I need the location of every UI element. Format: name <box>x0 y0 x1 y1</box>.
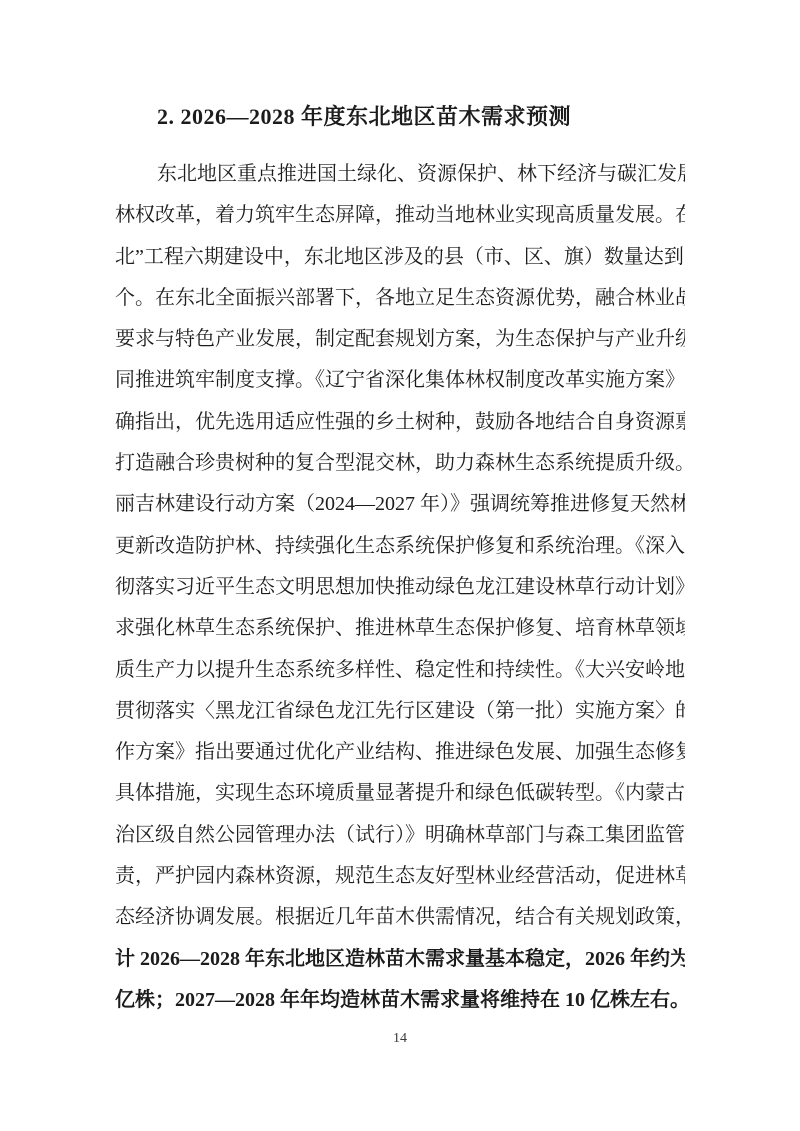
text-segment: 责，严护园内森林资源，规范生态友好型林业经营活动，促进林草生 <box>115 865 685 887</box>
paragraph-line: 同推进筑牢制度支撑。《辽宁省深化集体林权制度改革实施方案》明 <box>115 360 685 401</box>
paragraph-line: 求强化林草生态系统保护、推进林草生态保护修复、培育林草领域新 <box>115 608 685 649</box>
text-segment: 求强化林草生态系统保护、推进林草生态保护修复、培育林草领域新 <box>115 617 685 639</box>
paragraph-line: 确指出，优先选用适应性强的乡土树种，鼓励各地结合自身资源禀赋， <box>115 402 685 443</box>
text-segment: 林权改革，着力筑牢生态屏障，推动当地林业实现高质量发展。在“三 <box>115 204 685 226</box>
paragraph-line: 治区级自然公园管理办法（试行）》明确林草部门与森工集团监管职 <box>115 815 685 856</box>
paragraph-line: 林权改革，着力筑牢生态屏障，推动当地林业实现高质量发展。在“三 <box>115 195 685 236</box>
body-paragraph: 东北地区重点推进国土绿化、资源保护、林下经济与碳汇发展及林权改革，着力筑牢生态屏… <box>115 154 685 1021</box>
paragraph-line: 责，严护园内森林资源，规范生态友好型林业经营活动，促进林草生 <box>115 856 685 897</box>
text-segment: 打造融合珍贵树种的复合型混交林，助力森林生态系统提质升级。《美 <box>115 452 685 474</box>
paragraph-line: 更新改造防护林、持续强化生态系统保护修复和系统治理。《深入贯 <box>115 526 685 567</box>
text-segment: 东北地区重点推进国土绿化、资源保护、林下经济与碳汇发展及 <box>157 163 685 185</box>
text-segment: 确指出，优先选用适应性强的乡土树种，鼓励各地结合自身资源禀赋， <box>115 411 685 433</box>
paragraph-line: 彻落实习近平生态文明思想加快推动绿色龙江建设林草行动计划》要 <box>115 567 685 608</box>
text-segment: 个。在东北全面振兴部署下，各地立足生态资源优势，融合林业战略 <box>115 287 685 309</box>
document-page: 2. 2026—2028 年度东北地区苗木需求预测 东北地区重点推进国土绿化、资… <box>0 0 800 1131</box>
page-content: 2. 2026—2028 年度东北地区苗木需求预测 东北地区重点推进国土绿化、资… <box>115 96 685 1021</box>
text-segment: 更新改造防护林、持续强化生态系统保护修复和系统治理。《深入贯 <box>115 535 685 557</box>
text-segment: 态经济协调发展。根据近几年苗木供需情况，结合有关规划政策， <box>115 906 685 928</box>
text-segment: 要求与特色产业发展，制定配套规划方案，为生态保护与产业升级协 <box>115 328 685 350</box>
text-segment: 贯彻落实〈黑龙江省绿色龙江先行区建设（第一批）实施方案〉的工 <box>115 700 685 722</box>
text-segment: 彻落实习近平生态文明思想加快推动绿色龙江建设林草行动计划》要 <box>115 576 685 598</box>
bold-text-segment: 亿株；2027—2028 年年均造林苗木需求量将维持在 10 亿株左右。 <box>115 989 685 1011</box>
paragraph-line: 东北地区重点推进国土绿化、资源保护、林下经济与碳汇发展及 <box>115 154 685 195</box>
section-heading: 2. 2026—2028 年度东北地区苗木需求预测 <box>115 96 685 137</box>
page-number: 14 <box>0 1031 800 1047</box>
text-segment: 同推进筑牢制度支撑。《辽宁省深化集体林权制度改革实施方案》明 <box>115 369 685 391</box>
paragraph-line: 贯彻落实〈黑龙江省绿色龙江先行区建设（第一批）实施方案〉的工 <box>115 691 685 732</box>
paragraph-line: 具体措施，实现生态环境质量显著提升和绿色低碳转型。《内蒙古自 <box>115 773 685 814</box>
text-segment: 北”工程六期建设中，东北地区涉及的县（市、区、旗）数量达到 203 <box>115 246 685 268</box>
text-segment: 作方案》指出要通过优化产业结构、推进绿色发展、加强生态修复等 <box>115 741 685 763</box>
paragraph-line: 个。在东北全面振兴部署下，各地立足生态资源优势，融合林业战略 <box>115 278 685 319</box>
paragraph-line: 打造融合珍贵树种的复合型混交林，助力森林生态系统提质升级。《美 <box>115 443 685 484</box>
text-segment: 治区级自然公园管理办法（试行）》明确林草部门与森工集团监管职 <box>115 824 685 846</box>
paragraph-line: 计 2026—2028 年东北地区造林苗木需求量基本稳定，2026 年约为 10 <box>115 939 685 980</box>
paragraph-line: 要求与特色产业发展，制定配套规划方案，为生态保护与产业升级协 <box>115 319 685 360</box>
paragraph-line: 态经济协调发展。根据近几年苗木供需情况，结合有关规划政策，预 <box>115 897 685 938</box>
paragraph-line: 质生产力以提升生态系统多样性、稳定性和持续性。《大兴安岭地区 <box>115 650 685 691</box>
text-segment: 具体措施，实现生态环境质量显著提升和绿色低碳转型。《内蒙古自 <box>115 782 685 804</box>
text-segment: 丽吉林建设行动方案（2024—2027 年）》强调统筹推进修复天然林、 <box>115 493 685 515</box>
paragraph-line: 作方案》指出要通过优化产业结构、推进绿色发展、加强生态修复等 <box>115 732 685 773</box>
paragraph-line: 丽吉林建设行动方案（2024—2027 年）》强调统筹推进修复天然林、 <box>115 484 685 525</box>
paragraph-line: 北”工程六期建设中，东北地区涉及的县（市、区、旗）数量达到 203 <box>115 237 685 278</box>
text-segment: 质生产力以提升生态系统多样性、稳定性和持续性。《大兴安岭地区 <box>115 659 685 681</box>
bold-text-segment: 计 2026—2028 年东北地区造林苗木需求量基本稳定，2026 年约为 10 <box>115 948 685 970</box>
paragraph-line: 亿株；2027—2028 年年均造林苗木需求量将维持在 10 亿株左右。 <box>115 980 685 1021</box>
